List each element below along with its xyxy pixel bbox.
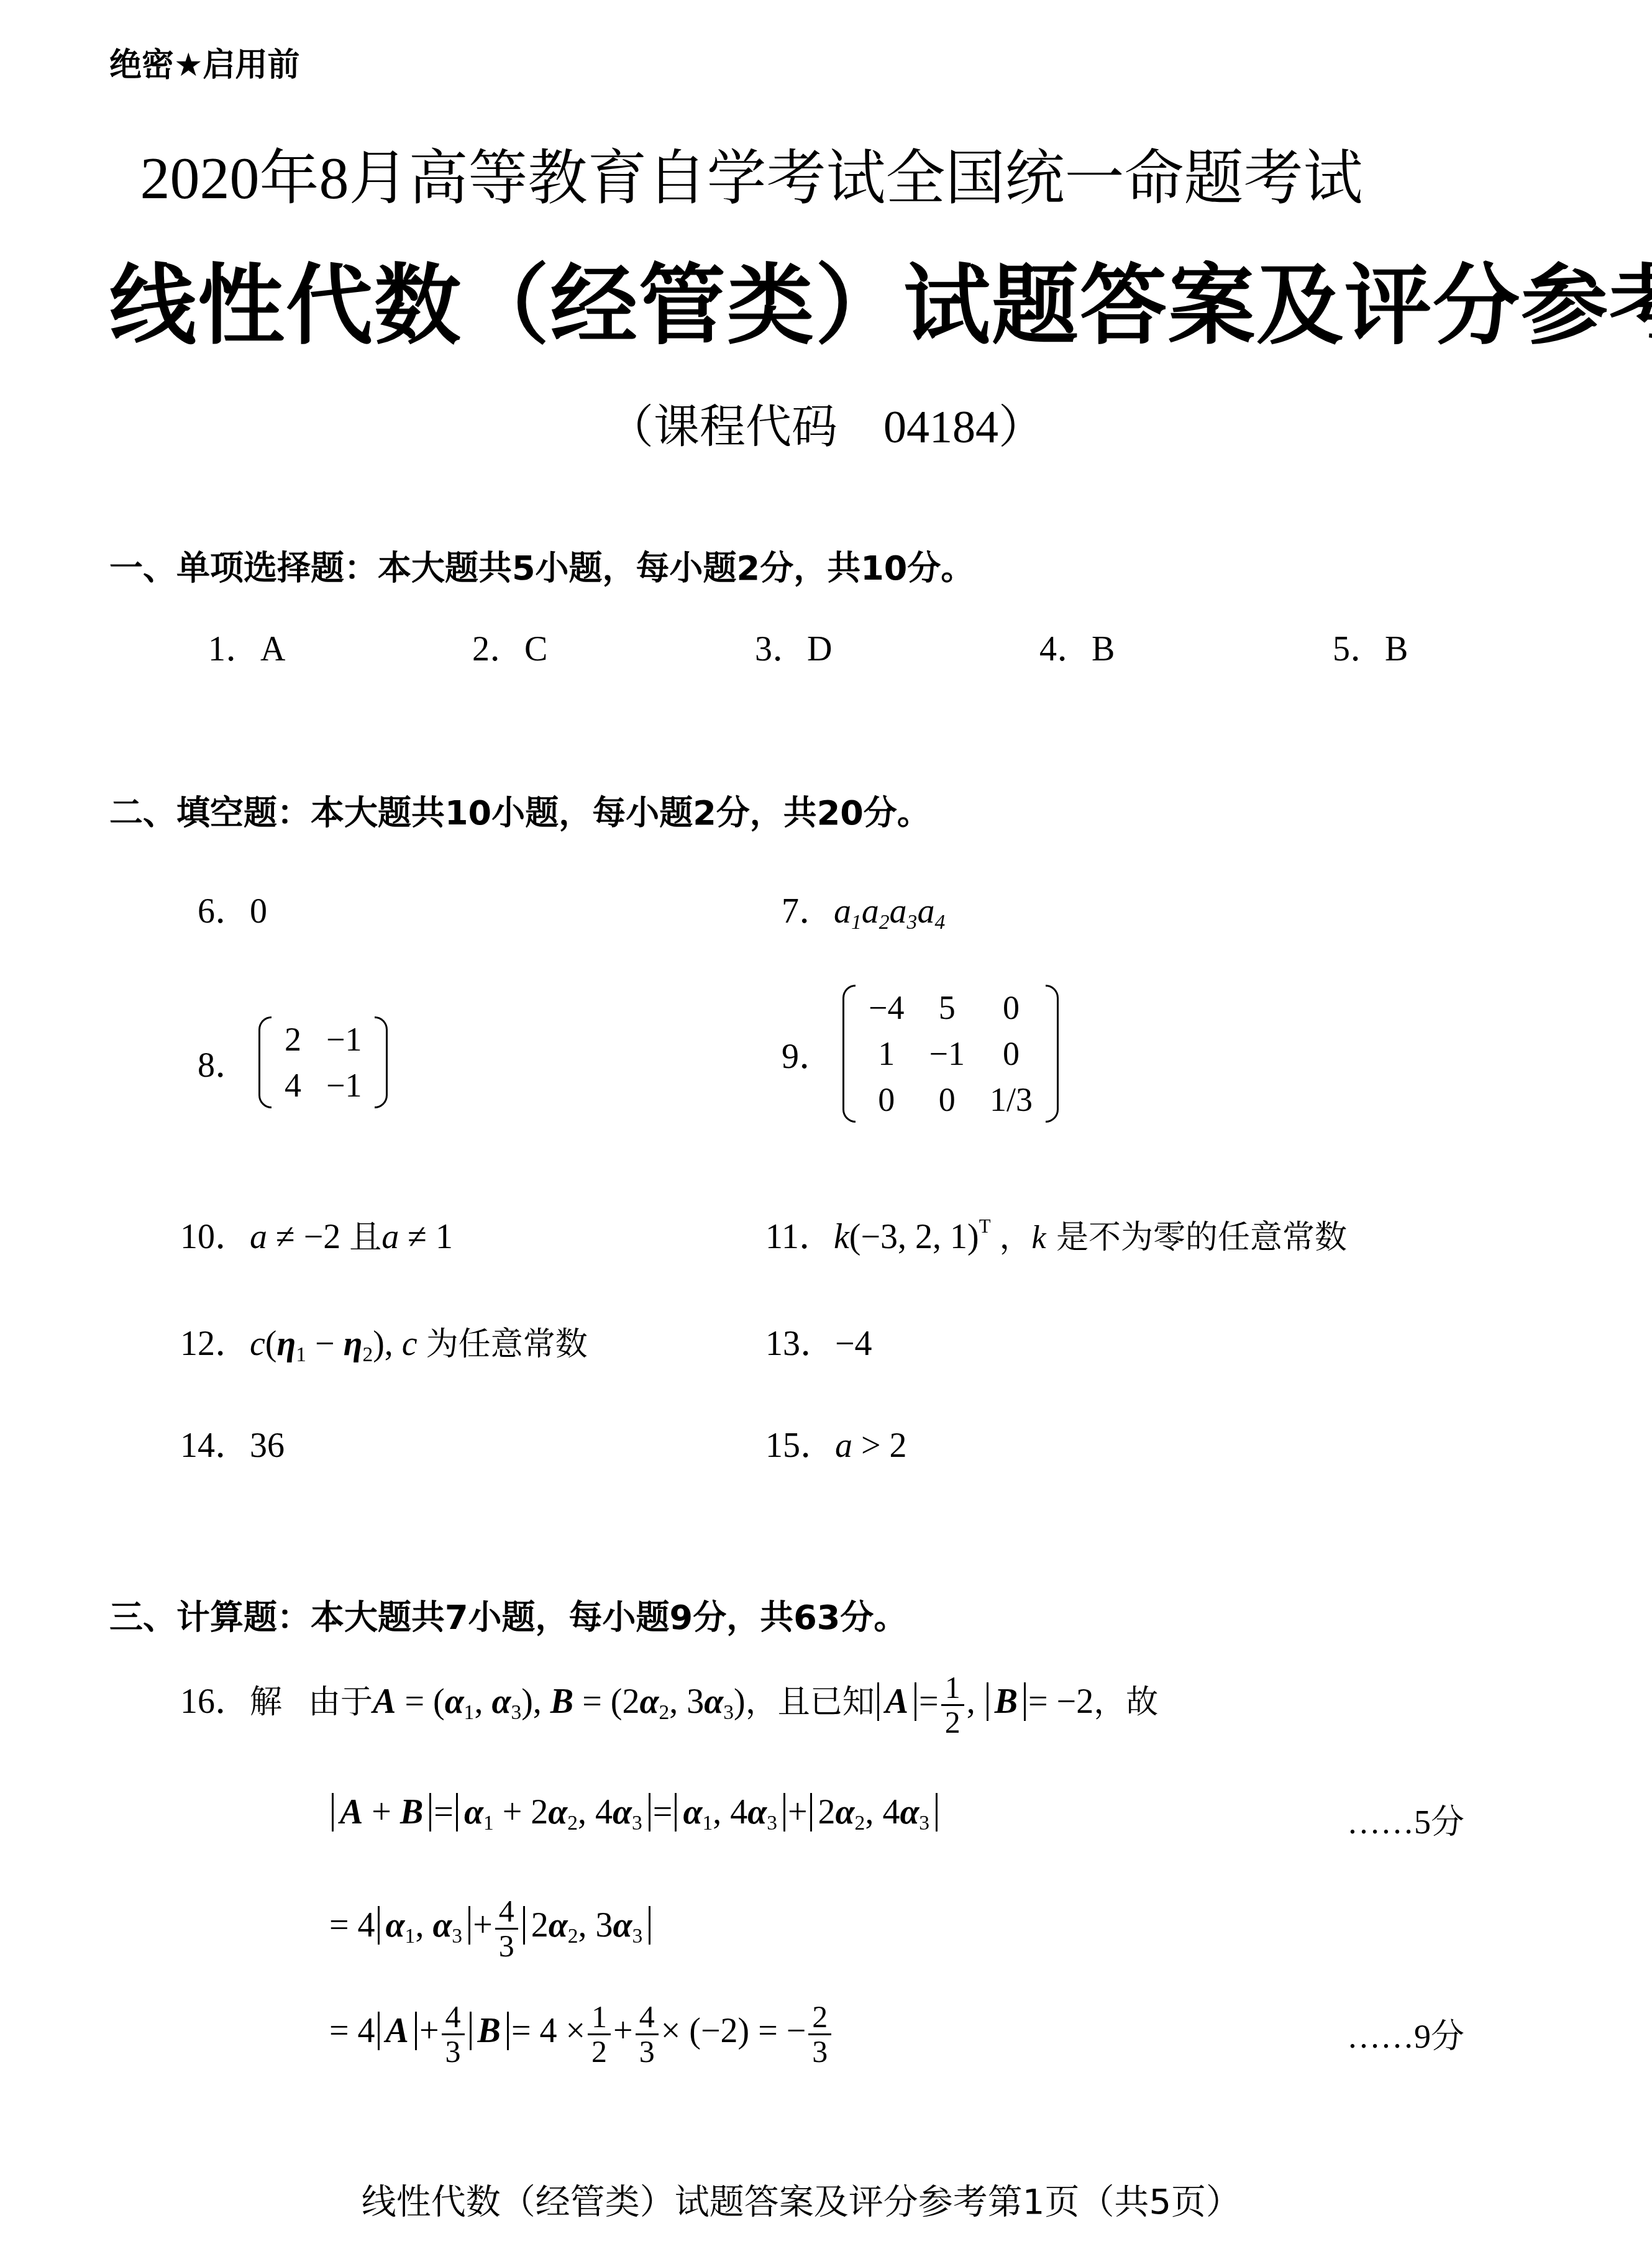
q16-line2: A + B=α1 + 2α2, 4α3=α1, 4α3+2α2, 4α3 <box>329 1792 940 1835</box>
q8-matrix: 2−1 4−1 <box>258 1016 388 1108</box>
q8-answer: 8． 2−1 4−1 <box>198 1016 388 1108</box>
q6-answer: 6．0 <box>198 883 267 933</box>
q9-answer: 9． −450 1−10 001/3 <box>782 985 1059 1123</box>
q13-answer: 13．−4 <box>765 1316 872 1366</box>
answer-1: 1．A <box>208 621 285 671</box>
q7-answer: 7．a1a2a3a4 <box>782 883 945 934</box>
q9-matrix: −450 1−10 001/3 <box>842 985 1059 1123</box>
score-5: ……5分 <box>1347 1795 1464 1843</box>
q10-answer: 10．a ≠ −2 且a ≠ 1 <box>180 1209 453 1259</box>
confidential-mark: 绝密★启用前 <box>109 39 300 85</box>
answer-2: 2．C <box>472 621 547 671</box>
q14-answer: 14．36 <box>180 1418 285 1467</box>
q15-answer: 15．a > 2 <box>765 1418 907 1467</box>
q12-answer: 12．c(η1 − η2), c 为任意常数 <box>180 1316 588 1367</box>
q11-answer: 11．k(−3, 2, 1)T ，k 是不为零的任意常数 <box>765 1209 1347 1259</box>
course-code: （课程代码 04184） <box>0 390 1652 456</box>
page-footer: 线性代数（经管类）试题答案及评分参考第1页（共5页） <box>0 2174 1652 2224</box>
answer-4: 4．B <box>1039 621 1115 671</box>
section1-heading: 一、单项选择题：本大题共5小题，每小题2分，共10分。 <box>109 542 974 590</box>
answer-3: 3．D <box>755 621 832 671</box>
q16-line4: = 4A+43B= 4 ×12+43× (−2) = −23 <box>329 2000 834 2068</box>
exam-title: 2020年8月高等教育自学考试全国统一命题考试 <box>0 130 1652 216</box>
q16-line1: 16．解 由于A = (α1, α3), B = (2α2, 3α3)，且已知A… <box>180 1671 1158 1738</box>
score-9: ……9分 <box>1347 2010 1464 2058</box>
section2-heading: 二、填空题：本大题共10小题，每小题2分，共20分。 <box>109 787 931 834</box>
q16-line3: = 4α1, α3+432α2, 3α3 <box>329 1895 653 1962</box>
document-title: 线性代数（经管类）试题答案及评分参考 <box>109 236 1652 361</box>
section3-heading: 三、计算题：本大题共7小题，每小题9分，共63分。 <box>109 1591 907 1639</box>
answer-5: 5．B <box>1333 621 1408 671</box>
